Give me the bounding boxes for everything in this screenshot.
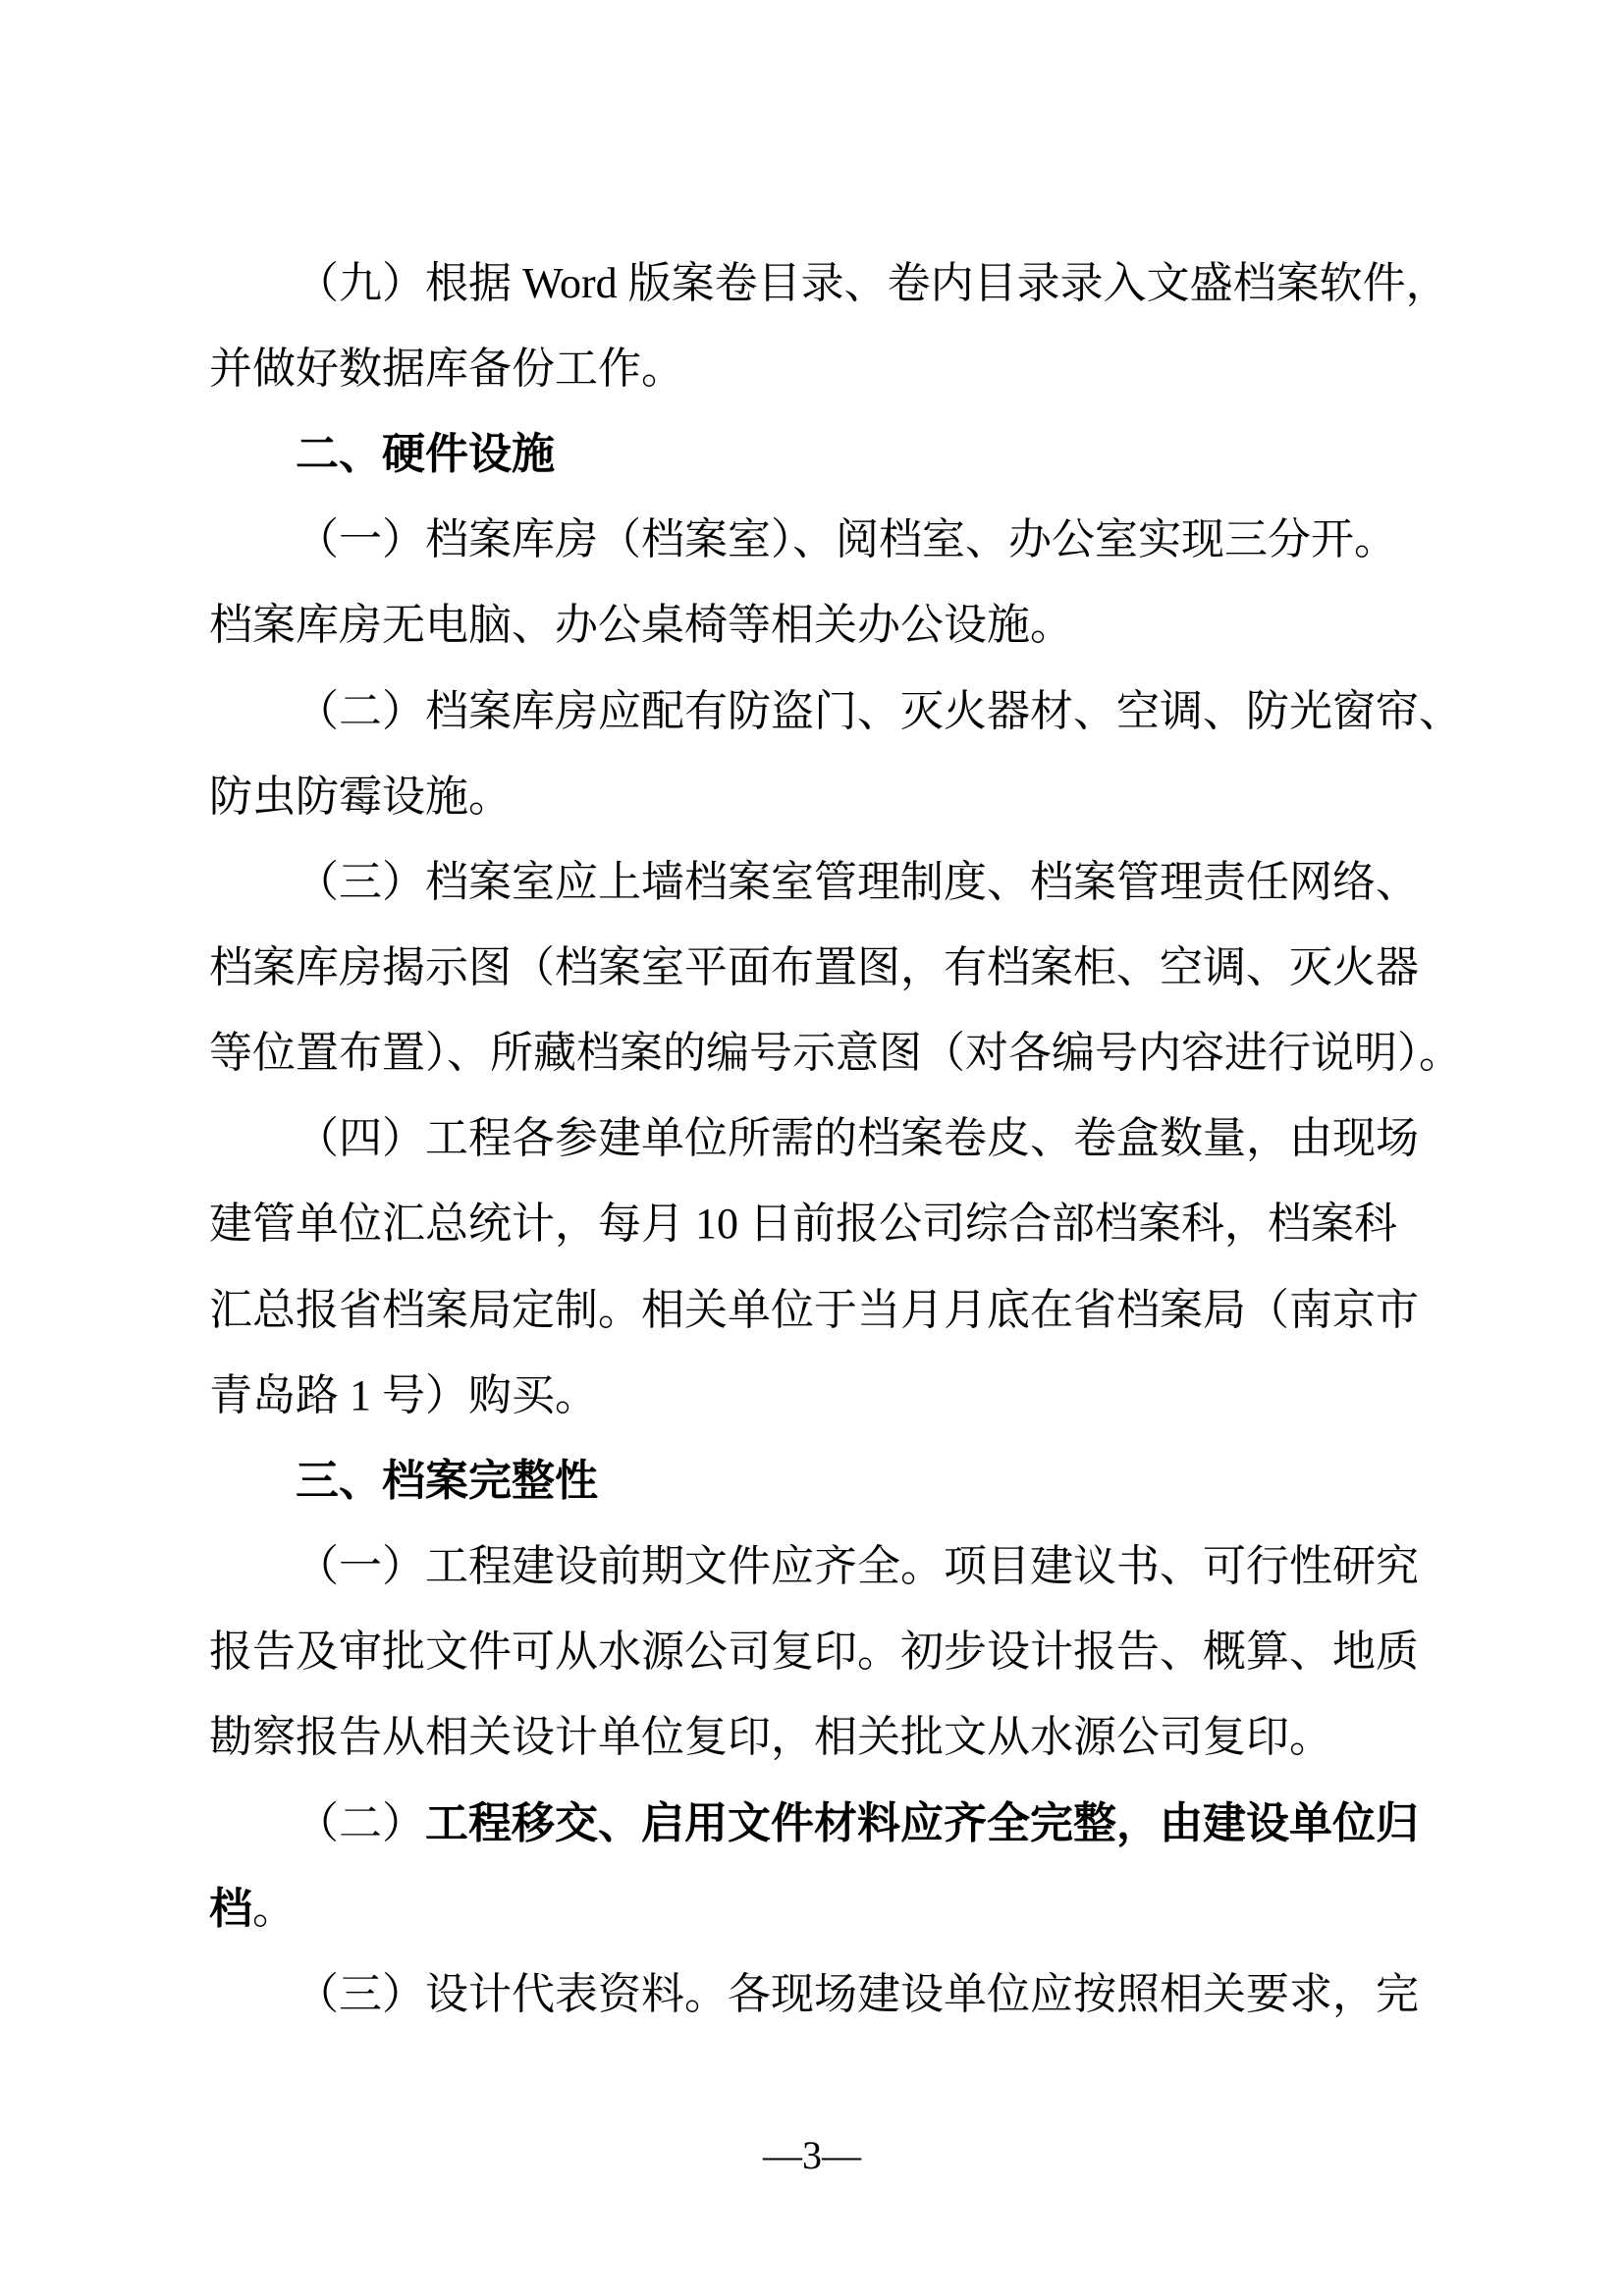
- text-line: （四）工程各参建单位所需的档案卷皮、卷盒数量，由现场: [209, 1111, 1516, 1166]
- text-line: 汇总报省档案局定制。相关单位于当月月底在省档案局（南京市: [209, 1283, 1430, 1338]
- text-line: 青岛路 1 号）购买。: [209, 1368, 1430, 1423]
- enumerator-label: （二）: [296, 1799, 425, 1847]
- text-line: （三）设计代表资料。各现场建设单位应按照相关要求，完: [209, 1967, 1516, 2022]
- text-line: （二）档案库房应配有防盗门、灭火器材、空调、防光窗帘、: [209, 684, 1516, 739]
- text-line: （一）工程建设前期文件应齐全。项目建议书、可行性研究: [209, 1539, 1516, 1594]
- bold-run: 工程移交、启用文件材料应齐全完整，由建设单位归: [425, 1799, 1419, 1847]
- text-line: 并做好数据库备份工作。: [209, 342, 1430, 397]
- text-line: （一）档案库房（档案室）、阅档室、办公室实现三分开。: [209, 512, 1516, 567]
- text-line: 勘察报告从相关设计单位复印，相关批文从水源公司复印。: [209, 1710, 1430, 1765]
- page-number: —3—: [0, 2132, 1624, 2179]
- text-line-emphasis: 档。: [209, 1882, 1430, 1937]
- text-line: 防虫防霉设施。: [209, 770, 1430, 825]
- section-heading-archive-completeness: 三、档案完整性: [209, 1454, 1516, 1509]
- text-line: 档案库房无电脑、办公桌椅等相关办公设施。: [209, 598, 1430, 653]
- text-line: 档案库房揭示图（档案室平面布置图，有档案柜、空调、灭火器: [209, 940, 1430, 995]
- text-line-emphasis: （二）工程移交、启用文件材料应齐全完整，由建设单位归: [209, 1796, 1516, 1851]
- text-line: 建管单位汇总统计，每月 10 日前报公司综合部档案科，档案科: [209, 1197, 1430, 1252]
- section-heading-hardware: 二、硬件设施: [209, 427, 1516, 482]
- document-page: （九）根据 Word 版案卷目录、卷内目录录入文盛档案软件， 并做好数据库备份工…: [0, 0, 1624, 2296]
- text-line: （三）档案室应上墙档案室管理制度、档案管理责任网络、: [209, 855, 1516, 910]
- punctuation: 。: [252, 1885, 296, 1933]
- text-line: 报告及审批文件可从水源公司复印。初步设计报告、概算、地质: [209, 1625, 1430, 1680]
- bold-run: 档: [209, 1885, 252, 1933]
- text-line: （九）根据 Word 版案卷目录、卷内目录录入文盛档案软件，: [209, 256, 1516, 311]
- text-line: 等位置布置）、所藏档案的编号示意图（对各编号内容进行说明）。: [209, 1026, 1430, 1081]
